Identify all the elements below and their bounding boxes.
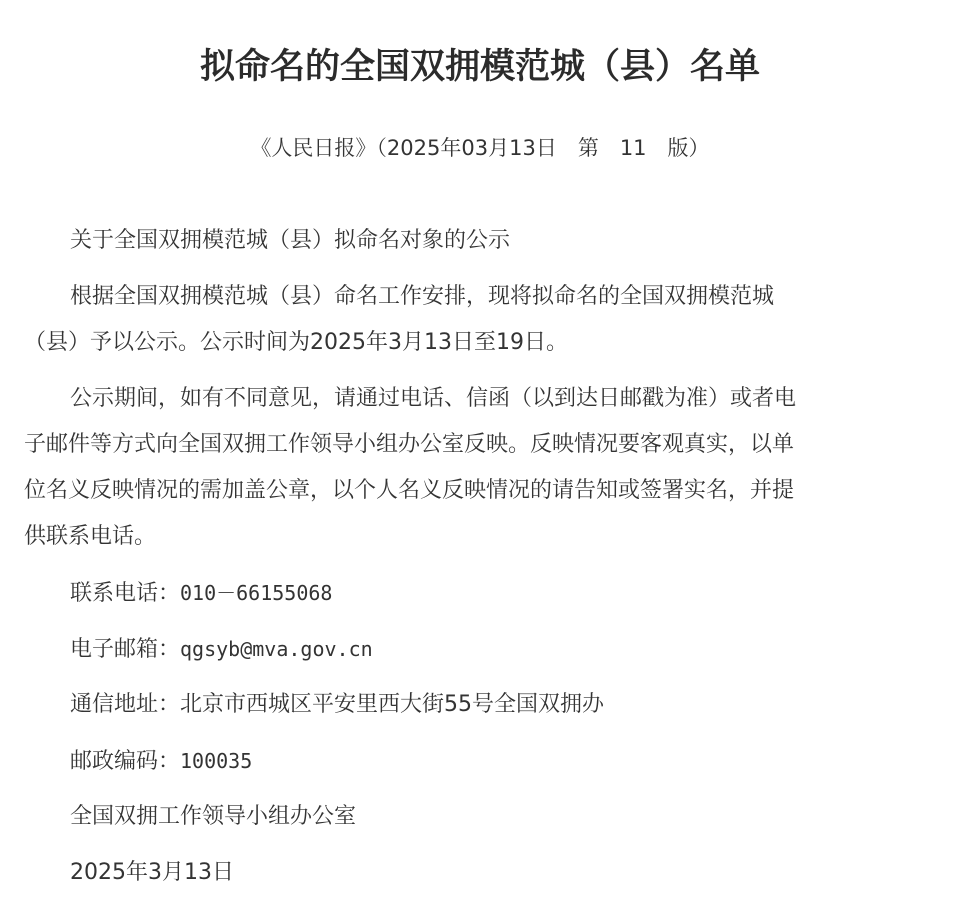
contact-email: 电子邮箱：qgsyb@mva.gov.cn [24, 626, 924, 672]
paragraph-line: 公示期间，如有不同意见，请通过电话、信函（以到达日邮戳为准）或者电 [24, 376, 924, 422]
postcode-value: 100035 [180, 749, 252, 773]
phone-value: 010－66155068 [180, 581, 332, 605]
page-title: 拟命名的全国双拥模范城（县）名单 [0, 42, 960, 92]
paragraph-line: 根据全国双拥模范城（县）命名工作安排，现将拟命名的全国双拥模范城 [24, 274, 924, 320]
contact-phone: 联系电话：010－66155068 [24, 570, 924, 616]
email-value: qgsyb@mva.gov.cn [180, 637, 373, 661]
paragraph-line: 供联系电话。 [24, 514, 924, 560]
signature: 全国双拥工作领导小组办公室 [24, 794, 924, 840]
signature-date: 2025年3月13日 [24, 850, 924, 896]
paragraph-arrangement: 根据全国双拥模范城（县）命名工作安排，现将拟命名的全国双拥模范城 （县）予以公示… [24, 274, 924, 366]
source-line: 《人民日报》（2025年03月13日 第 11 版） [0, 132, 960, 164]
notice-heading: 关于全国双拥模范城（县）拟命名对象的公示 [24, 218, 924, 264]
contact-postcode: 邮政编码：100035 [24, 738, 924, 784]
address-label: 通信地址： [70, 692, 180, 717]
paragraph-line: 子邮件等方式向全国双拥工作领导小组办公室反映。反映情况要客观真实，以单 [24, 422, 924, 468]
postcode-label: 邮政编码： [70, 749, 180, 774]
contact-address: 通信地址：北京市西城区平安里西大街55号全国双拥办 [24, 682, 924, 728]
paragraph-line: 位名义反映情况的需加盖公章，以个人名义反映情况的请告知或签署实名，并提 [24, 468, 924, 514]
paragraph-line: （县）予以公示。公示时间为2025年3月13日至19日。 [24, 320, 924, 366]
article-body: 关于全国双拥模范城（县）拟命名对象的公示 根据全国双拥模范城（县）命名工作安排，… [24, 218, 924, 896]
phone-label: 联系电话： [70, 581, 180, 606]
email-label: 电子邮箱： [70, 637, 180, 662]
paragraph-feedback: 公示期间，如有不同意见，请通过电话、信函（以到达日邮戳为准）或者电 子邮件等方式… [24, 376, 924, 560]
address-value: 北京市西城区平安里西大街55号全国双拥办 [180, 692, 604, 717]
